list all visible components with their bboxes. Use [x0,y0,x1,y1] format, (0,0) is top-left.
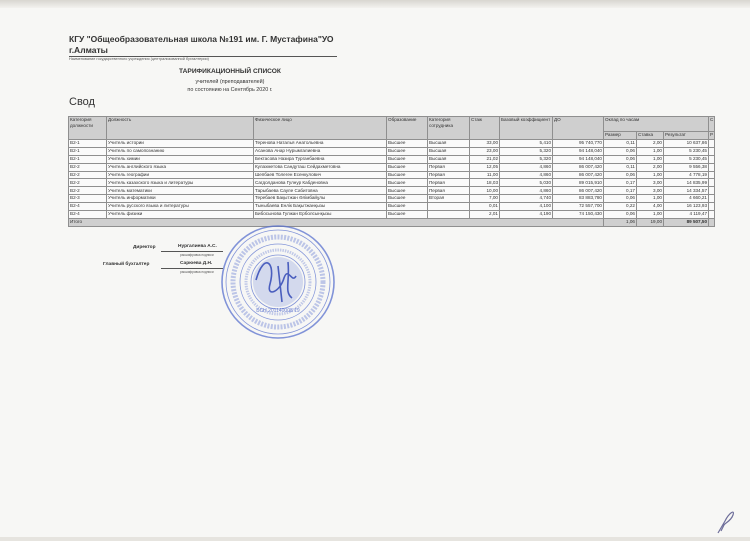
cell-do: 89 015,910 [553,179,604,187]
cell-do: 72 557,700 [553,203,604,211]
cell-experience: 33,00 [470,140,500,148]
cell-employee-category [428,211,470,219]
accountant-signature-line [161,268,223,269]
cell-base-coefficient: 4,190 [500,211,553,219]
cell-do: 86 007,420 [553,163,604,171]
cell-size: 0,06 [604,171,637,179]
cell-category: B2-1 [69,147,107,155]
document-subtitle: учителей (преподавателей) [160,79,300,85]
cell-position: Учитель истории [107,140,254,148]
table-row: B2-2Учитель английского языкаКулахметова… [69,163,715,171]
table-row: B2-4Учитель физикиБибосынова Гулжан Ербо… [69,211,715,219]
cell-size: 0,22 [604,203,637,211]
col-cut-sub: Р [709,132,715,140]
cell-do: 74 150,430 [553,211,604,219]
cell-category: B2-2 [69,179,107,187]
cell-do: 86 007,420 [553,171,604,179]
cell-rate: 2,00 [637,140,664,148]
col-category: Категория должности [69,117,107,140]
cell-result: 4 119,47 [664,211,709,219]
cell-education: Высшее [387,203,428,211]
cell-size: 0,06 [604,155,637,163]
cell-employee-category: Вторая [428,195,470,203]
cell-position: Учитель по самопознанию [107,147,254,155]
cell-rate: 2,00 [637,163,664,171]
cell-size: 0,11 [604,163,637,171]
accountant-caption: расшифровка подписи [180,270,214,274]
cell-base-coefficient: 4,100 [500,203,553,211]
cell-rate: 1,00 [637,155,664,163]
cell-education: Высшее [387,179,428,187]
scan-top-edge [0,0,750,8]
cell-size: 0,11 [604,140,637,148]
cell-person: Бектасова Назира Турганбаевна [254,155,387,163]
cell-size: 0,06 [604,211,637,219]
cell-base-coefficient: 4,860 [500,171,553,179]
cell-result: 16 123,93 [664,203,709,211]
cell-category: B2-2 [69,187,107,195]
tariff-table: Категория должности Должность Физическое… [68,116,715,227]
cell-result: 14 835,99 [664,179,709,187]
cell-person: Теребаев Бақытжан Әлімбайұлы [254,195,387,203]
cell-position: Учитель казахского языка и литературы [107,179,254,187]
cell-experience: 12,05 [470,163,500,171]
cell-employee-category [428,203,470,211]
table-row: B2-4Учитель русского языка и литературыТ… [69,203,715,211]
cell-experience: 7,00 [470,195,500,203]
cell-person: Кулахметова Сандуташ Сейдахметовна [254,163,387,171]
total-result: 89 507,50 [664,218,709,226]
cell-do: 95 740,770 [553,140,604,148]
cell-do: 83 883,780 [553,195,604,203]
handwritten-mark-icon [715,505,740,535]
table-row: B2-1Учитель химииБектасова Назира Турган… [69,155,715,163]
table-row: B2-2Учитель казахского языка и литератур… [69,179,715,187]
cell-rate: 1,00 [637,195,664,203]
cell-position: Учитель математики [107,187,254,195]
cell-experience: 21,02 [470,155,500,163]
cell-person: Шепбаев Толеген Есенкулович [254,171,387,179]
total-rate: 19,00 [637,218,664,226]
cell-base-coefficient: 5,320 [500,155,553,163]
document-title: ТАРИФИКАЦИОННЫЙ СПИСОК [170,68,290,75]
col-base-coefficient: Базовый коэффициент [500,117,553,140]
col-experience: Стаж [470,117,500,140]
accountant-label: Главный бухгалтер [103,262,149,267]
cell-experience: 10,00 [470,187,500,195]
table-row: B2-1Учитель историиТеренова Наталья Анат… [69,140,715,148]
cell-person: Бибосынова Гулжан Ерболсынқызы [254,211,387,219]
cell-category: B2-1 [69,140,107,148]
cell-size: 0,17 [604,187,637,195]
cell-education: Высшее [387,171,428,179]
col-position: Должность [107,117,254,140]
cell-person: Теренова Наталья Анатольевна [254,140,387,148]
cell-person: Сагдолданова Гулнур Кабденовна [254,179,387,187]
cell-experience: 2,01 [470,211,500,219]
cell-rate: 1,00 [637,171,664,179]
director-label: Директор [133,245,156,250]
cell-education: Высшее [387,187,428,195]
cell-size: 0,17 [604,179,637,187]
total-row: Итого 1,06 19,00 89 507,50 [69,218,715,226]
col-rate: Ставка [637,132,664,140]
col-size: Размер [604,132,637,140]
cell-do: 94 148,040 [553,147,604,155]
cell-category: B2-2 [69,171,107,179]
col-cut-top: С [709,117,715,132]
col-result: Результат [664,132,709,140]
cell-education: Высшее [387,155,428,163]
cell-employee-category: Первая [428,179,470,187]
col-do: ДО [553,117,604,140]
cell-size: 0,06 [604,147,637,155]
cell-rate: 3,00 [637,187,664,195]
section-title: Свод [69,96,95,108]
cell-position: Учитель географии [107,171,254,179]
col-employee-category: Категория сотрудника [428,117,470,140]
cell-education: Высшее [387,163,428,171]
cell-category: B2-4 [69,211,107,219]
director-caption: расшифровка подписи [180,253,214,257]
cell-base-coefficient: 5,410 [500,140,553,148]
cell-rate: 1,00 [637,147,664,155]
cell-rate: 3,00 [637,179,664,187]
cell-category: B2-1 [69,155,107,163]
cell-experience: 11,00 [470,171,500,179]
document-date-line: по состоянию на Сентябрь 2020 г. [160,87,300,93]
cell-size: 0,06 [604,195,637,203]
cell-person: Тарыбаева Сауле Сабитовна [254,187,387,195]
organization-name: КГУ "Общеобразовательная школа №191 им. … [69,34,339,56]
cell-category: B2-4 [69,203,107,211]
cell-person: Асанова Анар Нурымгалиевна [254,147,387,155]
cell-result: 5 230,45 [664,155,709,163]
table-row: B2-3Учитель информатикиТеребаев Бақытжан… [69,195,715,203]
cell-position: Учитель информатики [107,195,254,203]
cell-position: Учитель химии [107,155,254,163]
accountant-name: Сарюева Д.Н. [180,261,212,266]
table-row: B2-2Учитель географииШепбаев Толеген Есе… [69,171,715,179]
cell-base-coefficient: 4,860 [500,163,553,171]
cell-result: 5 230,45 [664,147,709,155]
table-row: B2-1Учитель по самопознаниюАсанова Анар … [69,147,715,155]
cell-education: Высшее [387,195,428,203]
cell-experience: 18,03 [470,179,500,187]
cell-rate: 1,00 [637,211,664,219]
cell-education: Высшее [387,140,428,148]
cell-result: 9 556,38 [664,163,709,171]
cell-employee-category: Первая [428,171,470,179]
col-hourly-salary: Оклад по часам [604,117,709,132]
total-size: 1,06 [604,218,637,226]
cell-rate: 4,00 [637,203,664,211]
cell-result: 4 660,21 [664,195,709,203]
cell-person: Тыныбаева Енлік Бақытжанқызы [254,203,387,211]
cell-employee-category: Первая [428,187,470,195]
cell-education: Высшее [387,147,428,155]
cell-do: 94 148,040 [553,155,604,163]
cell-position: Учитель физики [107,211,254,219]
cell-employee-category: Высшая [428,140,470,148]
col-education: Образование [387,117,428,140]
cell-experience: 23,00 [470,147,500,155]
cell-base-coefficient: 4,740 [500,195,553,203]
cell-result: 14 334,57 [664,187,709,195]
director-signature-line [161,251,223,252]
svg-text:БСН 201140008 19: БСН 201140008 19 [256,308,300,314]
table-row: B2-2Учитель математикиТарыбаева Сауле Са… [69,187,715,195]
organization-caption: Наименование государственного учреждения… [69,57,209,61]
cell-employee-category: Высшая [428,147,470,155]
cell-result: 4 778,19 [664,171,709,179]
cell-base-coefficient: 5,320 [500,147,553,155]
col-person: Физическое лицо [254,117,387,140]
cell-employee-category: Первая [428,163,470,171]
cell-base-coefficient: 4,860 [500,187,553,195]
cell-do: 86 007,420 [553,187,604,195]
scan-bottom-edge [0,537,750,541]
cell-base-coefficient: 5,030 [500,179,553,187]
cell-position: Учитель английского языка [107,163,254,171]
cell-employee-category: Высшая [428,155,470,163]
cell-education: Высшее [387,211,428,219]
official-stamp-icon: БСН 201140008 19 [218,222,338,342]
cell-position: Учитель русского языка и литературы [107,203,254,211]
cell-result: 10 637,86 [664,140,709,148]
cell-category: B2-3 [69,195,107,203]
cell-category: B2-2 [69,163,107,171]
director-name: Нургалиева А.С. [178,244,217,249]
cell-experience: 0,01 [470,203,500,211]
